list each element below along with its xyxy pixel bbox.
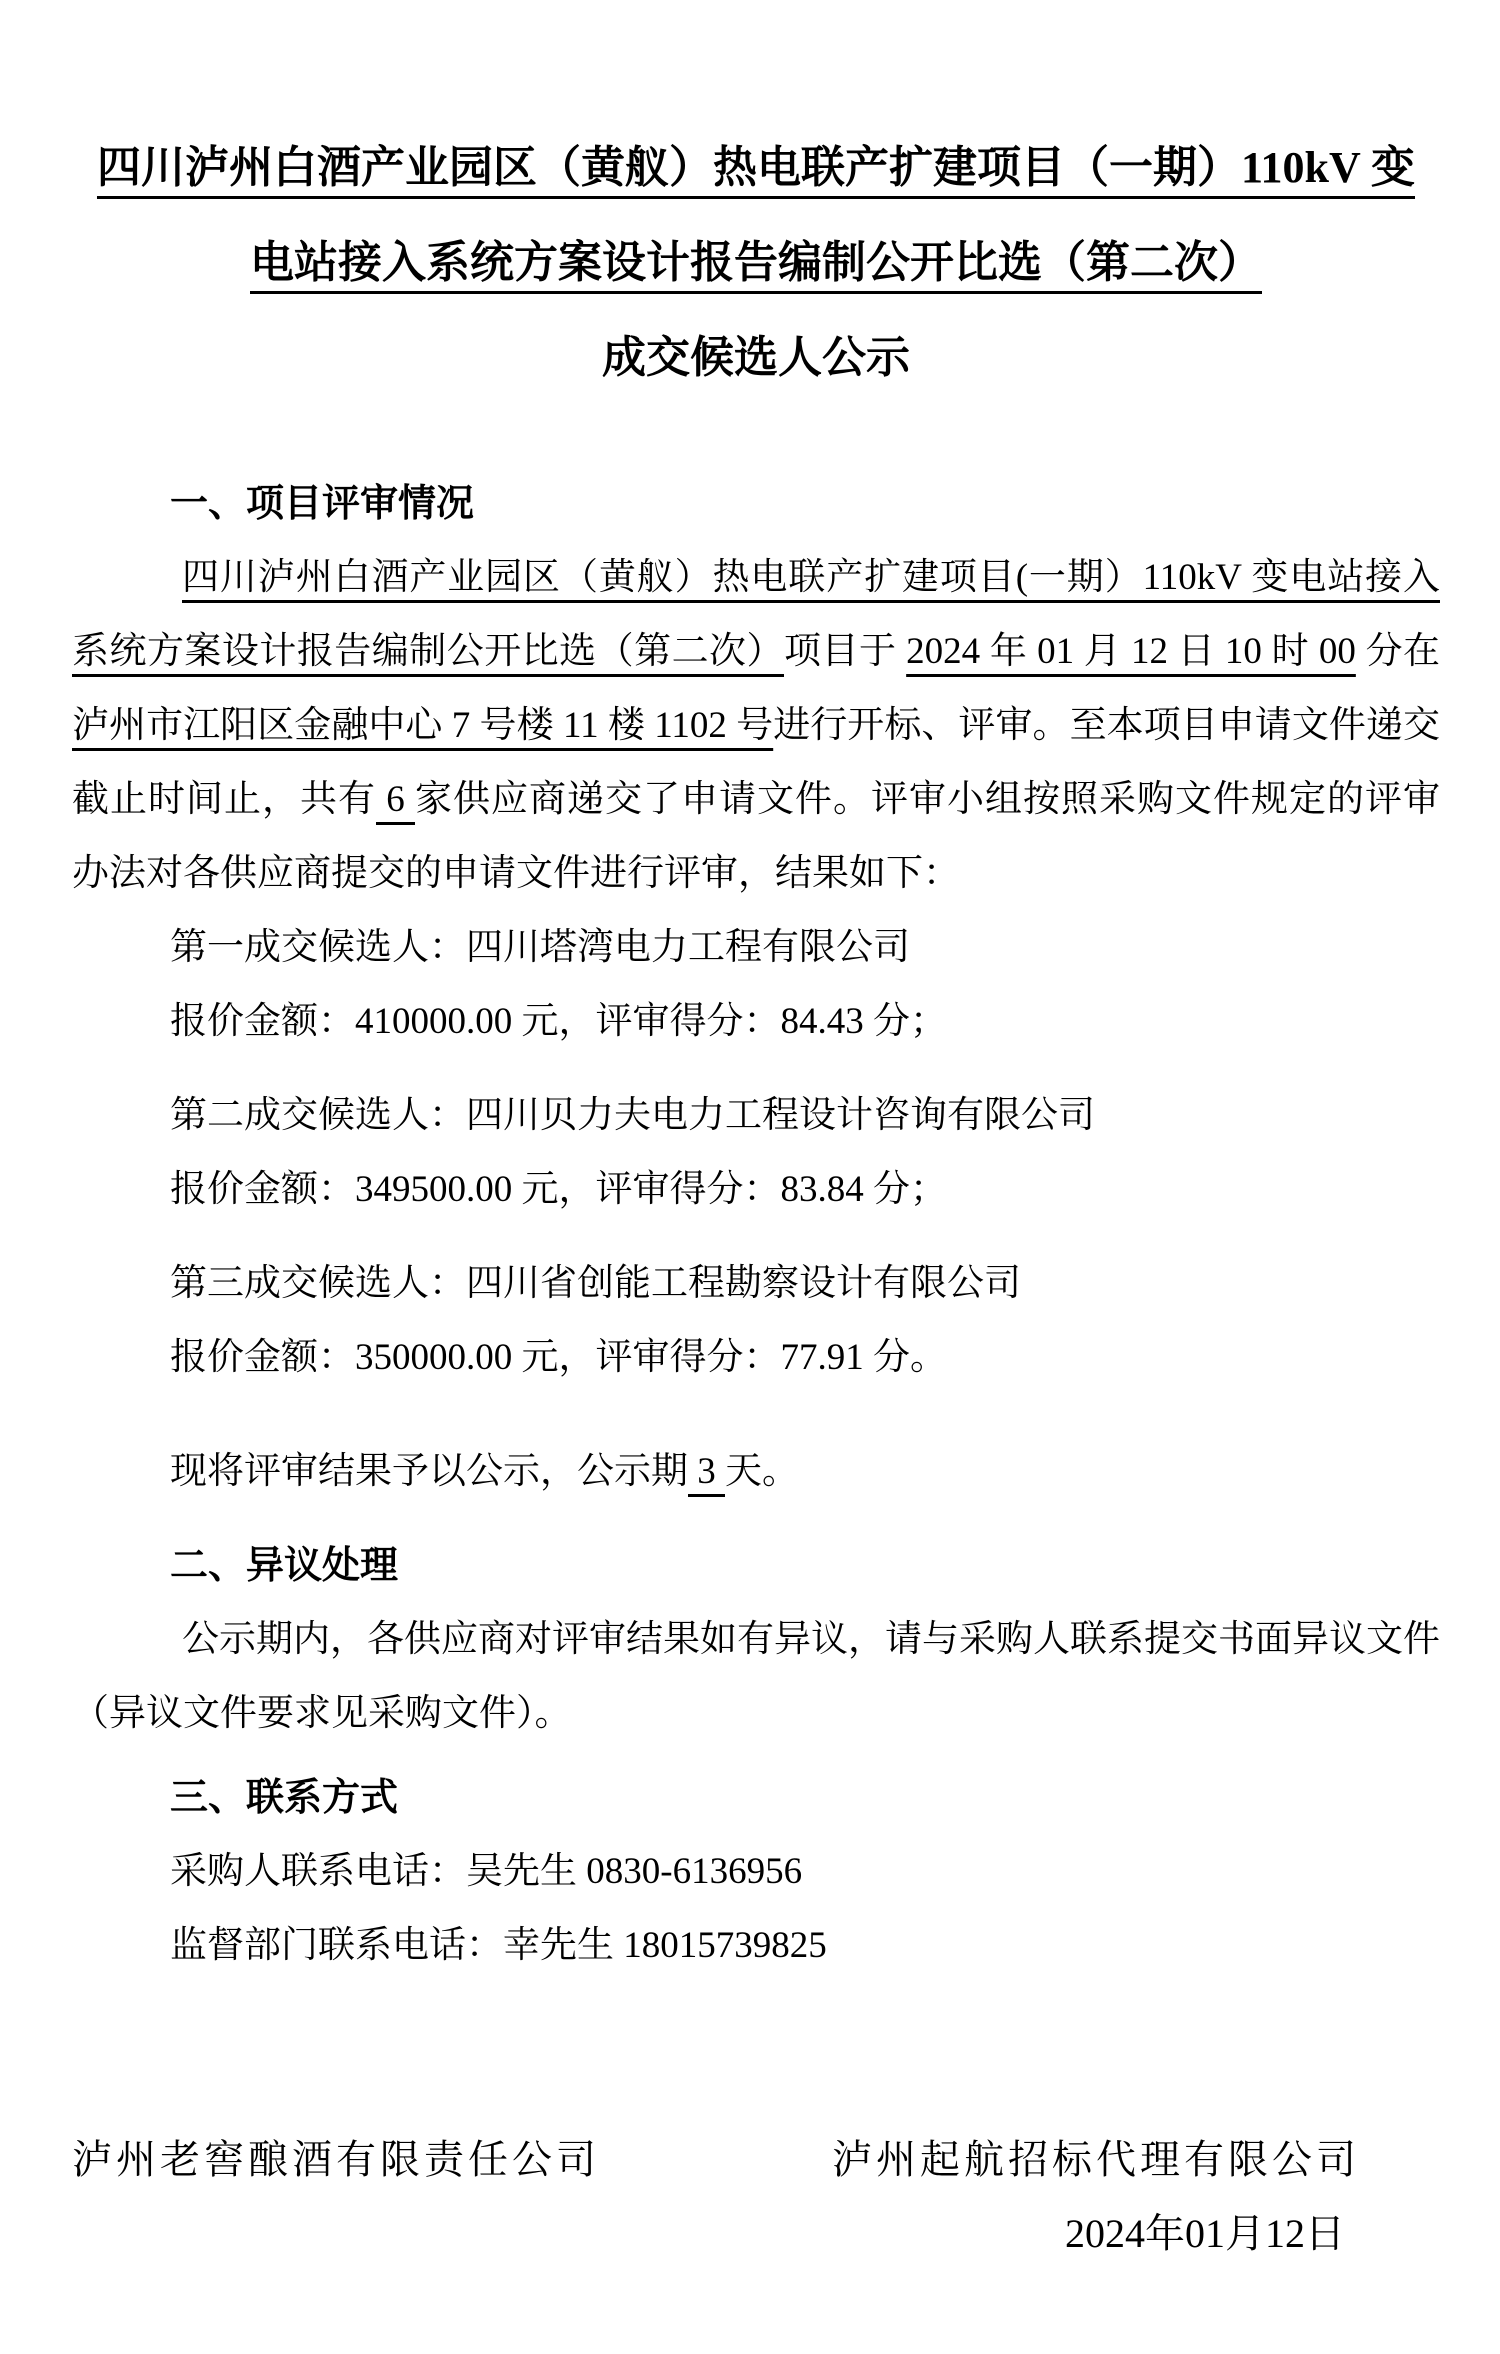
section-heading-objection: 二、异议处理 [72, 1529, 1440, 1603]
text-segment: 天。 [725, 1451, 799, 1492]
text-segment: 现将评审结果予以公示，公示期 [170, 1451, 688, 1492]
purchaser-company-name: 泸州老窖酿酒有限责任公司 [72, 2123, 600, 2197]
candidate-2: 第二成交候选人：四川贝力夫电力工程设计咨询有限公司 报价金额：349500.00… [72, 1079, 1440, 1227]
candidate-1-name-line: 第一成交候选人：四川塔湾电力工程有限公司 [72, 911, 1440, 985]
title-line-1: 四川泸州白酒产业园区（黄舣）热电联产扩建项目（一期）110kV 变 [72, 120, 1440, 215]
title-line-2: 电站接入系统方案设计报告编制公开比选（第二次） [72, 215, 1440, 310]
agency-company-name: 泸州起航招标代理有限公司 [832, 2123, 1360, 2197]
publicity-period-line: 现将评审结果予以公示，公示期 3 天。 [72, 1435, 1440, 1509]
text-segment: 2024 年 01 月 12 日 10 时 00 [906, 631, 1356, 672]
text-segment: 6 [376, 779, 415, 820]
review-paragraph: 四川泸州白酒产业园区（黄舣）热电联产扩建项目(一期）110kV 变电站接入系统方… [72, 541, 1440, 911]
candidate-1: 第一成交候选人：四川塔湾电力工程有限公司 报价金额：410000.00 元，评审… [72, 911, 1440, 1059]
footer-signatures: 泸州老窖酿酒有限责任公司 泸州起航招标代理有限公司 [72, 2123, 1440, 2197]
footer-date: 2024年01月12日 [72, 2197, 1440, 2271]
section-heading-review: 一、项目评审情况 [72, 467, 1440, 541]
supervisor-phone-line: 监督部门联系电话：幸先生 18015739825 [72, 1909, 1440, 1983]
document-page: 四川泸州白酒产业园区（黄舣）热电联产扩建项目（一期）110kV 变 电站接入系统… [0, 0, 1500, 2354]
section-heading-contact: 三、联系方式 [72, 1761, 1440, 1835]
candidate-3-price-line: 报价金额：350000.00 元，评审得分：77.91 分。 [72, 1321, 1440, 1395]
objection-paragraph: 公示期内，各供应商对评审结果如有异议，请与采购人联系提交书面异议文件（异议文件要… [72, 1603, 1440, 1751]
text-segment: 项目于 [784, 631, 906, 672]
purchaser-phone-line: 采购人联系电话：吴先生 0830-6136956 [72, 1835, 1440, 1909]
candidate-2-price-line: 报价金额：349500.00 元，评审得分：83.84 分； [72, 1153, 1440, 1227]
document-title: 四川泸州白酒产业园区（黄舣）热电联产扩建项目（一期）110kV 变 电站接入系统… [72, 120, 1440, 310]
candidate-3-name-line: 第三成交候选人：四川省创能工程勘察设计有限公司 [72, 1247, 1440, 1321]
text-segment: 分在 [1356, 631, 1440, 672]
candidate-2-name-line: 第二成交候选人：四川贝力夫电力工程设计咨询有限公司 [72, 1079, 1440, 1153]
candidate-1-price-line: 报价金额：410000.00 元，评审得分：84.43 分； [72, 985, 1440, 1059]
text-segment: 3 [688, 1451, 725, 1492]
text-segment: 泸州市江阳区金融中心 7 号楼 11 楼 1102 号 [72, 705, 773, 746]
candidate-3: 第三成交候选人：四川省创能工程勘察设计有限公司 报价金额：350000.00 元… [72, 1247, 1440, 1395]
document-subtitle: 成交候选人公示 [72, 310, 1440, 405]
